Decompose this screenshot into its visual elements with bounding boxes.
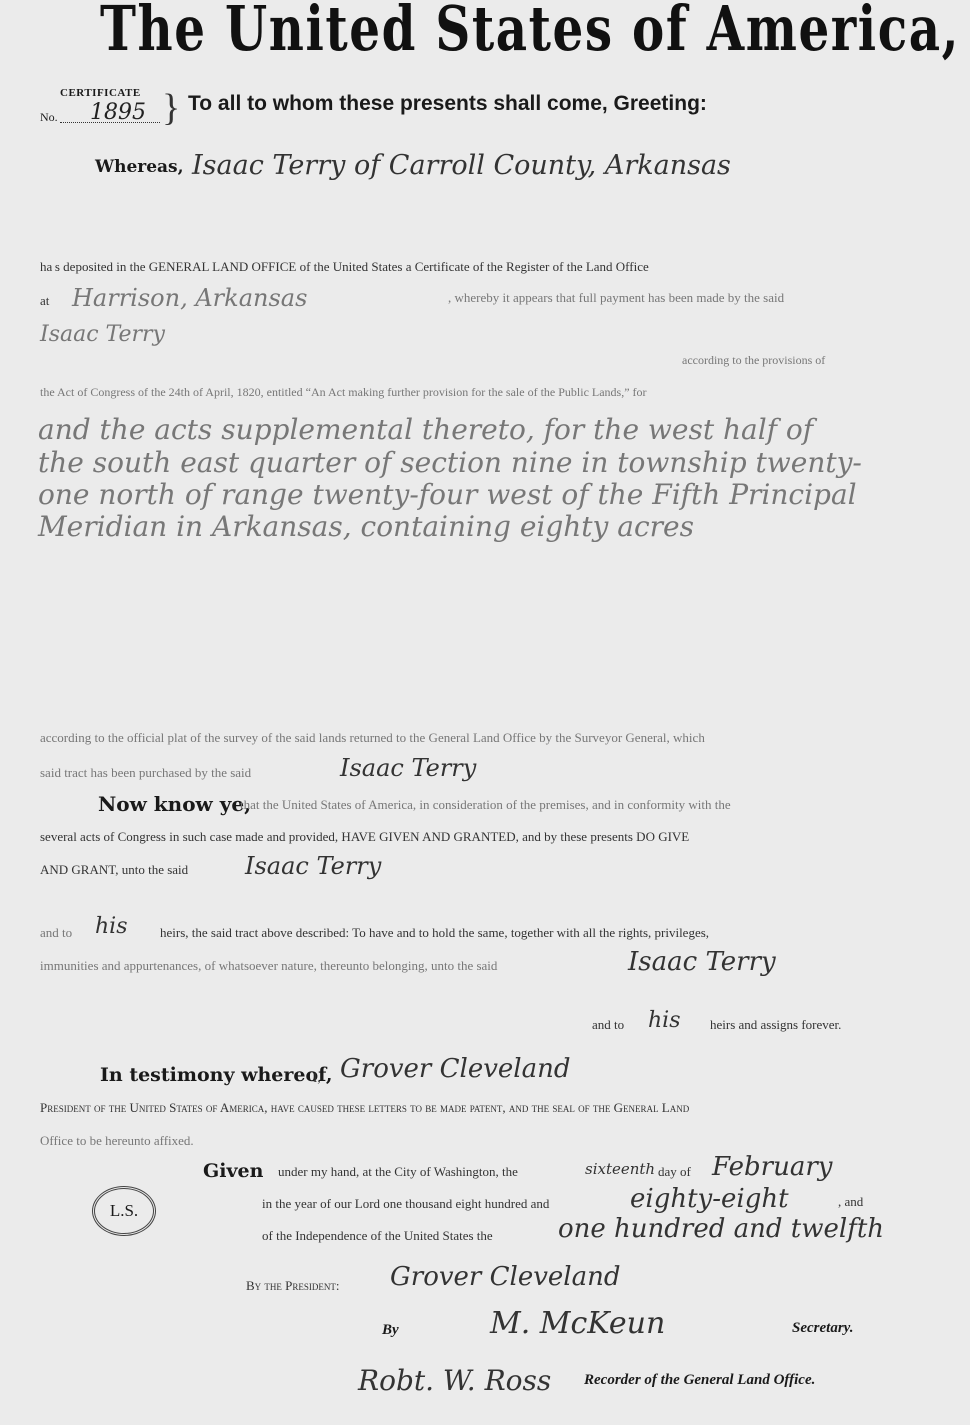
greeting: To all to whom these presents shall come…: [188, 92, 707, 116]
payer-name: Isaac Terry: [40, 322, 165, 347]
at-label: at: [40, 293, 49, 309]
land-office-place: Harrison, Arkansas: [72, 284, 307, 312]
testimony-i: I,: [313, 1070, 321, 1086]
certificate-number: 1895: [90, 100, 146, 125]
president-name: Grover Cleveland: [340, 1054, 571, 1084]
by-label: By: [382, 1322, 399, 1339]
recorder-label: Recorder of the General Land Office.: [584, 1372, 815, 1389]
heirs-pronoun: his: [648, 1008, 681, 1033]
given-label: Given: [203, 1160, 263, 1182]
land-description-line: one north of range twenty-four west of t…: [38, 478, 857, 511]
given-day-of: day of: [658, 1164, 691, 1180]
payment-line: , whereby it appears that full payment h…: [448, 290, 784, 306]
habendum-grantee: Isaac Terry: [628, 947, 776, 977]
whereas-grantee: Isaac Terry of Carroll County, Arkansas: [192, 150, 731, 181]
now-know-label: Now know ye,: [98, 792, 251, 816]
document-title: The United States of America,: [100, 0, 960, 65]
testimony-line: President of the United States of Americ…: [40, 1100, 689, 1116]
act-line: the Act of Congress of the 24th of April…: [40, 385, 647, 400]
given-month: February: [712, 1152, 832, 1182]
independence-year: one hundred and twelfth: [558, 1214, 884, 1244]
immunities-line: immunities and appurtenances, of whatsoe…: [40, 958, 497, 974]
heirs-start: and to: [592, 1017, 624, 1033]
testimony-label: In testimony whereof,: [100, 1064, 333, 1086]
land-description-line: and the acts supplemental thereto, for t…: [38, 413, 813, 446]
purchaser-name: Isaac Terry: [340, 754, 476, 782]
survey-line: according to the official plat of the su…: [40, 730, 705, 746]
now-know-line: that the United States of America, in co…: [240, 797, 731, 813]
habendum-line: heirs, the said tract above described: T…: [160, 925, 709, 941]
independence-line: of the Independence of the United States…: [262, 1228, 493, 1244]
deposit-line: ha s deposited in the GENERAL LAND OFFIC…: [40, 259, 649, 275]
by-president-label: By the President:: [246, 1278, 340, 1294]
grant-to-line: AND GRANT, unto the said: [40, 862, 188, 878]
secretary-signature: M. McKeun: [490, 1306, 665, 1341]
year-line: in the year of our Lord one thousand eig…: [262, 1196, 549, 1212]
whereas-label: Whereas,: [95, 157, 184, 177]
habendum-pronoun: his: [95, 914, 128, 939]
certificate-label: CERTIFICATE: [60, 87, 141, 99]
year-and: , and: [838, 1194, 863, 1210]
certificate-no-label: No.: [40, 110, 58, 125]
brace: }: [162, 86, 180, 130]
recorder-signature: Robt. W. Ross: [358, 1364, 551, 1397]
heirs-line: heirs and assigns forever.: [710, 1017, 841, 1033]
secretary-label: Secretary.: [792, 1320, 854, 1337]
habendum-start: and to: [40, 925, 72, 941]
provisions-text: according to the provisions of: [682, 353, 825, 368]
seal: L.S.: [92, 1186, 156, 1236]
given-day: sixteenth: [585, 1160, 655, 1178]
grant-line: several acts of Congress in such case ma…: [40, 829, 689, 845]
purchased-line: said tract has been purchased by the sai…: [40, 765, 251, 781]
land-description-line: the south east quarter of section nine i…: [38, 446, 862, 479]
given-year: eighty-eight: [630, 1184, 789, 1214]
given-line: under my hand, at the City of Washington…: [278, 1164, 518, 1180]
president-signature: Grover Cleveland: [390, 1262, 621, 1292]
grantee-name: Isaac Terry: [245, 852, 381, 880]
testimony-line-2: Office to be hereunto affixed.: [40, 1133, 194, 1149]
land-description-line: Meridian in Arkansas, containing eighty …: [38, 510, 694, 543]
